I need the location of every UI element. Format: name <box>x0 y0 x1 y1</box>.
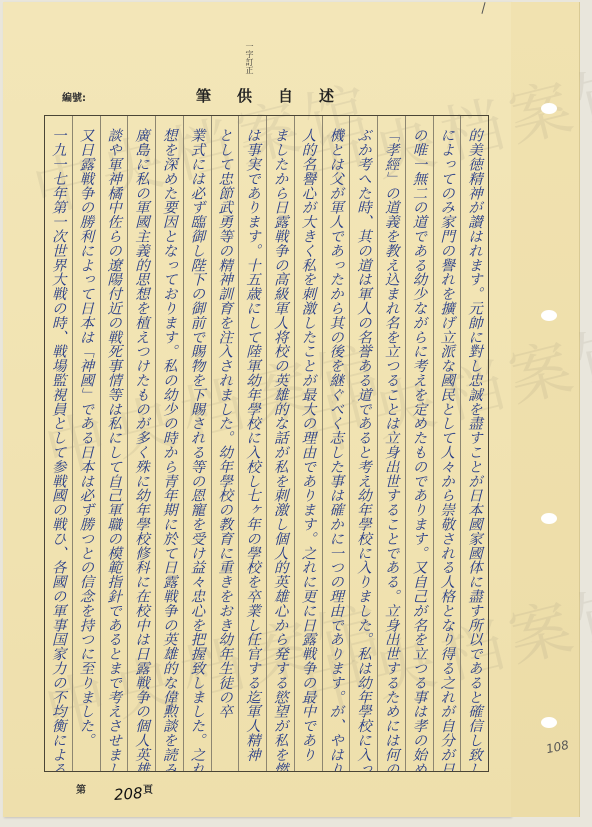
text-column: は事実であります。十五歳にして陸軍幼年學校に入校し七ヶ年の學校を卒業し任官する迄… <box>238 116 266 771</box>
page-number: 208 <box>113 784 143 804</box>
document-margin <box>511 2 580 817</box>
text-column: によってのみ家門の譽れを擴げ立派な國民として人々から崇敬される人格となり得る之れ… <box>433 116 461 771</box>
text-column: 人的名譽心が大きく私を刺激したことが最大の理由であります。之れに更に日露戦争の最… <box>294 116 322 771</box>
correction-stamp: 一字訂正 <box>244 42 255 74</box>
file-number-label: 編號: <box>62 89 86 104</box>
page-prefix-label: 第 <box>76 781 86 796</box>
text-column: ましたから日露戦争の高級軍人将校の英雄的な話が私を刺激し個人的英雄心から発する慾… <box>266 116 294 771</box>
manuscript-grid: 的美徳精神が讃はれます。元帥に對し忠誠を盡すことが日本國家國体に盡す所以であると… <box>44 115 489 772</box>
text-column: 廣島に私の軍國主義的思想を植えつけたものが多く殊に幼年學校修科に在校中は日露戦争… <box>127 116 155 771</box>
punch-hole <box>541 717 557 728</box>
text-column: 又日露戦争の勝利によって日本は「神國」である日本は必ず勝つとの信念を持つに至りま… <box>72 116 100 771</box>
punch-hole <box>541 310 557 321</box>
text-column: として忠節武勇等の精神訓育を注入されました。幼年學校の教育に重きをおき幼年生徒の… <box>211 116 239 771</box>
text-column: 想を深めた要因となっております。私の幼少の時から青年期に於て日露戦争の英雄的な偉… <box>155 116 183 771</box>
punch-hole <box>541 513 557 524</box>
text-column: の唯一無二の道である幼少ながらに考えを定めたものであります。又自己が名を立つる事… <box>405 116 433 771</box>
text-column: ぶか考へた時、其の道は軍人の名誉ある道であると考え幼年學校に入りました。私は幼年… <box>349 116 377 771</box>
text-column: 一九一七年第一次世界大戦の時、戦場監視員として参戦國の戦ひ、各國の軍事国家力の不… <box>45 116 72 771</box>
text-column: 的美徳精神が讃はれます。元帥に對し忠誠を盡すことが日本國家國体に盡す所以であると… <box>460 116 488 771</box>
text-column: 業式には必ず臨御し陛下の御前で賜物を下賜される等の恩寵を受け益々忠心を把握致しま… <box>183 116 211 771</box>
document-title: 筆供自述 <box>196 85 360 106</box>
page-suffix-label: 頁 <box>143 781 153 796</box>
punch-hole <box>541 103 557 114</box>
text-column: 談や軍神橘中佐らの遼陽付近の戦死事情等は私にして自己軍職の模範指針であるとまで考… <box>100 116 128 771</box>
text-column: 「孝經」の道義を教え込まれ名を立つることは立身出世することである。立身出世するた… <box>377 116 405 771</box>
text-column: 機とは父が軍人であったから其の後を継ぐべく志した事は確かに一つの理由であります。… <box>322 116 350 771</box>
